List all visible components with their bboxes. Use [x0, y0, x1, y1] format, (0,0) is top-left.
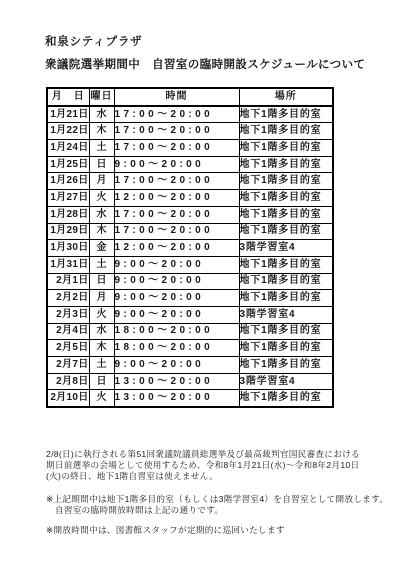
body-line: 期日前選挙の会場として使用するため、令和8年1月21日(水)～令和8年2月10日 — [46, 460, 360, 471]
table-row: 1月25日 日 9:00～20:00 地下1階多目的室 — [47, 156, 333, 173]
schedule-day: 水 — [89, 106, 114, 123]
note-staff-patrol: ※開放時間中は、図書館スタッフが定期的に巡回いたします — [46, 524, 285, 536]
schedule-date: 2月10日 — [47, 390, 89, 407]
schedule-day: 土 — [89, 140, 114, 157]
schedule-date: 1月30日 — [47, 240, 89, 257]
schedule-time: 9:00～20:00 — [114, 273, 239, 290]
schedule-place: 3階学習室4 — [239, 306, 333, 323]
schedule-day: 木 — [89, 340, 114, 357]
table-row: 1月31日 土 9:00～20:00 地下1階多目的室 — [47, 256, 333, 273]
schedule-place: 地下1階多目的室 — [239, 156, 333, 173]
schedule-day: 金 — [89, 240, 114, 257]
schedule-date: 1月26日 — [47, 173, 89, 190]
schedule-place: 地下1階多目的室 — [239, 123, 333, 140]
schedule-place: 地下1階多目的室 — [239, 390, 333, 407]
table-row: 2月7日 土 9:00～20:00 地下1階多目的室 — [47, 357, 333, 374]
schedule-date: 1月27日 — [47, 190, 89, 207]
schedule-date: 2月2日 — [47, 290, 89, 307]
schedule-time: 17:00～20:00 — [114, 173, 239, 190]
schedule-date: 2月7日 — [47, 357, 89, 374]
schedule-place: 地下1階多目的室 — [239, 206, 333, 223]
schedule-day: 木 — [89, 123, 114, 140]
table-row: 1月30日 金 12:00～20:00 3階学習室4 — [47, 240, 333, 257]
schedule-place: 地下1階多目的室 — [239, 290, 333, 307]
schedule-day: 日 — [89, 156, 114, 173]
table-row: 1月24日 土 17:00～20:00 地下1階多目的室 — [47, 140, 333, 157]
schedule-time: 9:00～20:00 — [114, 290, 239, 307]
table-row: 1月27日 火 12:00～20:00 地下1階多目的室 — [47, 190, 333, 207]
header-time: 時間 — [114, 88, 239, 106]
note-line: ※上記期間中は地下1階多目的室（もしくは3階学習室4）を自習室として開放します。 — [46, 494, 388, 505]
schedule-date: 1月22日 — [47, 123, 89, 140]
schedule-day: 日 — [89, 373, 114, 390]
schedule-date: 2月5日 — [47, 340, 89, 357]
schedule-day: 土 — [89, 357, 114, 374]
schedule-date: 1月25日 — [47, 156, 89, 173]
table-row: 1月26日 月 17:00～20:00 地下1階多目的室 — [47, 173, 333, 190]
schedule-place: 地下1階多目的室 — [239, 190, 333, 207]
schedule-time: 9:00～20:00 — [114, 156, 239, 173]
schedule-place: 地下1階多目的室 — [239, 323, 333, 340]
schedule-date: 2月8日 — [47, 373, 89, 390]
schedule-time: 17:00～20:00 — [114, 206, 239, 223]
table-row: 2月10日 火 13:00～20:00 地下1階多目的室 — [47, 390, 333, 407]
schedule-date: 1月31日 — [47, 256, 89, 273]
schedule-place: 地下1階多目的室 — [239, 173, 333, 190]
table-row: 1月29日 木 17:00～20:00 地下1階多目的室 — [47, 223, 333, 240]
schedule-day: 水 — [89, 206, 114, 223]
schedule-place: 地下1階多目的室 — [239, 140, 333, 157]
schedule-time: 18:00～20:00 — [114, 323, 239, 340]
schedule-day: 木 — [89, 223, 114, 240]
body-line: (火)の終日、地下1階自習室は使えません。 — [46, 471, 360, 482]
schedule-date: 2月4日 — [47, 323, 89, 340]
schedule-place: 地下1階多目的室 — [239, 223, 333, 240]
header-day: 曜日 — [89, 88, 114, 106]
schedule-date: 1月24日 — [47, 140, 89, 157]
table-row: 2月2日 月 9:00～20:00 地下1階多目的室 — [47, 290, 333, 307]
header-date: 月 日 — [47, 88, 89, 106]
schedule-place: 地下1階多目的室 — [239, 273, 333, 290]
table-row: 2月5日 木 18:00～20:00 地下1階多目的室 — [47, 340, 333, 357]
schedule-date: 1月21日 — [47, 106, 89, 123]
schedule-time: 9:00～20:00 — [114, 357, 239, 374]
table-row: 2月1日 日 9:00～20:00 地下1階多目的室 — [47, 273, 333, 290]
schedule-place: 3階学習室4 — [239, 240, 333, 257]
page-title: 衆議院選挙期間中 自習室の臨時開設スケジュールについて — [45, 56, 365, 72]
facility-name: 和泉シティプラザ — [45, 33, 142, 49]
schedule-time: 12:00～20:00 — [114, 240, 239, 257]
schedule-time: 9:00～20:00 — [114, 256, 239, 273]
schedule-place: 地下1階多目的室 — [239, 256, 333, 273]
body-line: 2/8(日)に執行される第51回衆議院議員総選挙及び最高裁判官国民審査における — [46, 449, 360, 460]
table-row: 2月8日 日 13:00～20:00 3階学習室4 — [47, 373, 333, 390]
schedule-day: 日 — [89, 273, 114, 290]
body-paragraph: 2/8(日)に執行される第51回衆議院議員総選挙及び最高裁判官国民審査における … — [46, 449, 360, 482]
schedule-time: 17:00～20:00 — [114, 223, 239, 240]
schedule-day: 火 — [89, 390, 114, 407]
schedule-time: 17:00～20:00 — [114, 140, 239, 157]
notice-page: 和泉シティプラザ 衆議院選挙期間中 自習室の臨時開設スケジュールについて 月 日… — [0, 0, 409, 573]
table-row: 1月22日 木 17:00～20:00 地下1階多目的室 — [47, 123, 333, 140]
table-row: 2月4日 水 18:00～20:00 地下1階多目的室 — [47, 323, 333, 340]
schedule-time: 13:00～20:00 — [114, 390, 239, 407]
schedule-day: 月 — [89, 290, 114, 307]
schedule-time: 18:00～20:00 — [114, 340, 239, 357]
schedule-table: 月 日 曜日 時間 場所 1月21日 水 17:00～20:00 地下1階多目的… — [46, 87, 334, 408]
schedule-place: 地下1階多目的室 — [239, 357, 333, 374]
schedule-day: 火 — [89, 190, 114, 207]
schedule-day: 月 — [89, 173, 114, 190]
schedule-date: 1月29日 — [47, 223, 89, 240]
table-row: 2月3日 火 9:00～20:00 3階学習室4 — [47, 306, 333, 323]
schedule-time: 12:00～20:00 — [114, 190, 239, 207]
schedule-place: 地下1階多目的室 — [239, 340, 333, 357]
schedule-date: 2月3日 — [47, 306, 89, 323]
schedule-time: 9:00～20:00 — [114, 306, 239, 323]
table-row: 1月21日 水 17:00～20:00 地下1階多目的室 — [47, 106, 333, 123]
schedule-table-body: 1月21日 水 17:00～20:00 地下1階多目的室 1月22日 木 17:… — [47, 106, 333, 407]
schedule-place: 3階学習室4 — [239, 373, 333, 390]
schedule-time: 17:00～20:00 — [114, 123, 239, 140]
schedule-day: 火 — [89, 306, 114, 323]
note-room-open: ※上記期間中は地下1階多目的室（もしくは3階学習室4）を自習室として開放します。… — [46, 494, 388, 516]
note-line: 自習室の臨時開放時間は上記の通りです。 — [46, 505, 388, 516]
schedule-time: 17:00～20:00 — [114, 106, 239, 123]
schedule-day: 土 — [89, 256, 114, 273]
table-row: 1月28日 水 17:00～20:00 地下1階多目的室 — [47, 206, 333, 223]
schedule-date: 2月1日 — [47, 273, 89, 290]
schedule-place: 地下1階多目的室 — [239, 106, 333, 123]
header-place: 場所 — [239, 88, 333, 106]
schedule-day: 水 — [89, 323, 114, 340]
schedule-time: 13:00～20:00 — [114, 373, 239, 390]
schedule-date: 1月28日 — [47, 206, 89, 223]
table-header-row: 月 日 曜日 時間 場所 — [47, 88, 333, 106]
